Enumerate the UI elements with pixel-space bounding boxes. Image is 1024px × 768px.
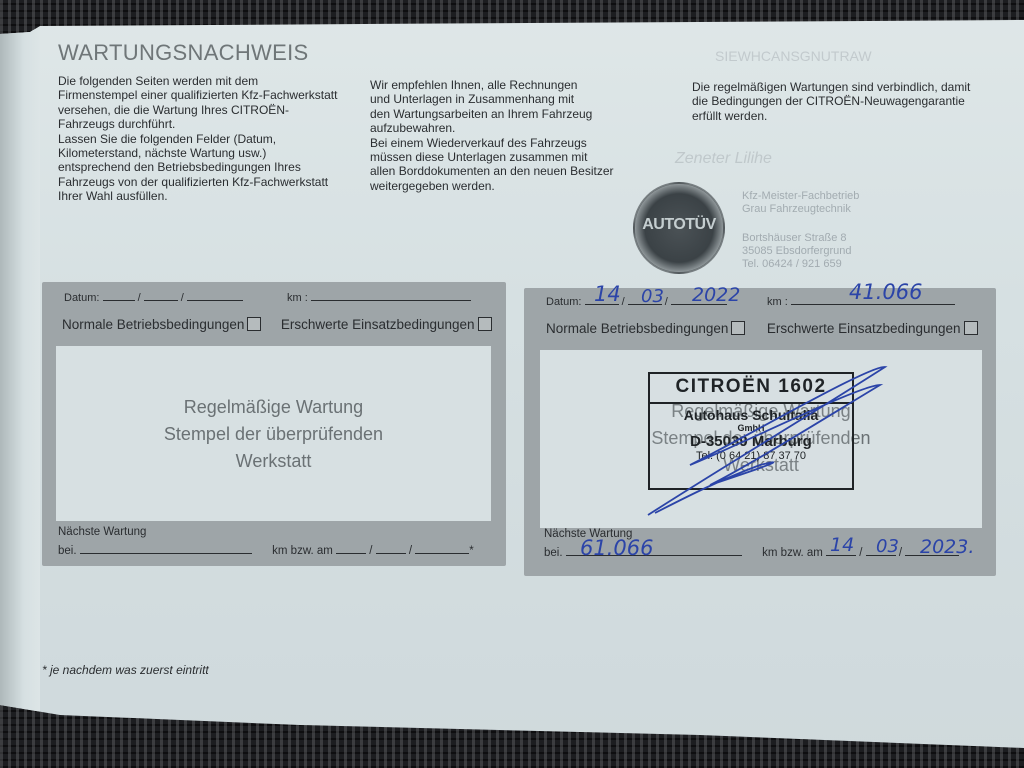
date-label: Datum: bbox=[64, 292, 99, 304]
intro-line: Die regelmäßigen Wartungen sind verbindl… bbox=[692, 80, 970, 94]
separator: / bbox=[409, 545, 412, 557]
severe-conditions-checkbox[interactable] bbox=[478, 317, 492, 331]
next-service-row: bei. km bzw. am / / * bbox=[58, 543, 474, 557]
signature bbox=[630, 355, 900, 525]
service-book-page: SIEWHCANSGNUTRAW Zeneter Lilihe Kfz-Meis… bbox=[0, 0, 1024, 768]
separator: / bbox=[138, 292, 141, 304]
bleed-through-workshop-stamp: Kfz-Meister-Fachbetrieb Grau Fahrzeugtec… bbox=[742, 190, 859, 271]
intro-column-1: Die folgenden Seiten werden mit dem Firm… bbox=[58, 74, 337, 204]
date-day-handwritten[interactable]: 14 bbox=[594, 282, 621, 306]
separator: / bbox=[859, 547, 862, 559]
next-day-handwritten[interactable]: 14 bbox=[830, 534, 854, 556]
next-month-handwritten[interactable]: 03 bbox=[876, 536, 899, 557]
severe-conditions-checkbox[interactable] bbox=[964, 321, 978, 335]
mirrored-line: Tel. 06424 / 921 659 bbox=[742, 258, 859, 271]
mirrored-line: Bortshäuser Straße 8 bbox=[742, 232, 859, 245]
intro-line: Fahrzeugs von der qualifizierten Kfz-Fac… bbox=[58, 175, 337, 189]
normal-conditions-label: Normale Betriebsbedingungen bbox=[62, 317, 244, 332]
next-year-field[interactable] bbox=[415, 543, 469, 554]
separator: / bbox=[899, 547, 902, 559]
km-or-on-label: km bzw. am bbox=[272, 545, 333, 557]
date-year-field[interactable] bbox=[187, 290, 243, 301]
km-label: km : bbox=[287, 292, 308, 304]
next-year-handwritten[interactable]: 2023. bbox=[920, 536, 974, 558]
km-field[interactable] bbox=[311, 290, 471, 301]
date-month-field[interactable] bbox=[144, 290, 178, 301]
intro-line: erfüllt werden. bbox=[692, 109, 970, 123]
next-month-field[interactable] bbox=[376, 543, 406, 554]
next-km-handwritten[interactable]: 61.066 bbox=[580, 536, 653, 560]
book-spine bbox=[0, 30, 40, 720]
intro-line: Kilometerstand, nächste Wartung usw.) bbox=[58, 146, 337, 160]
maintenance-entry-1: Datum: / / km : Normale Betriebsbedingun… bbox=[42, 282, 506, 566]
intro-line: Die folgenden Seiten werden mit dem bbox=[58, 74, 337, 88]
km-or-on-label: km bzw. am bbox=[762, 547, 823, 559]
normal-conditions-label: Normale Betriebsbedingungen bbox=[546, 321, 728, 336]
round-stamp-text: AUTOTÜV bbox=[635, 216, 723, 234]
intro-line: weitergegeben werden. bbox=[370, 179, 614, 193]
intro-line: Firmenstempel einer qualifizierten Kfz-F… bbox=[58, 88, 337, 102]
intro-line: die Bedingungen der CITROËN-Neuwagengara… bbox=[692, 94, 970, 108]
severe-conditions-label: Erschwerte Einsatzbedingungen bbox=[767, 321, 961, 336]
intro-column-3: Die regelmäßigen Wartungen sind verbindl… bbox=[692, 80, 970, 123]
intro-line: Wir empfehlen Ihnen, alle Rechnungen bbox=[370, 78, 614, 92]
intro-line: Lassen Sie die folgenden Felder (Datum, bbox=[58, 132, 337, 146]
date-day-field[interactable] bbox=[103, 290, 135, 301]
date-label: Datum: bbox=[546, 296, 581, 308]
stamp-placeholder: Regelmäßige Wartung Stempel der überprüf… bbox=[56, 394, 491, 475]
separator: / bbox=[622, 296, 625, 308]
separator: / bbox=[665, 296, 668, 308]
date-year-handwritten[interactable]: 2022 bbox=[692, 284, 740, 306]
intro-line: allen Borddokumenten an den neuen Besitz… bbox=[370, 164, 614, 178]
bleed-through-title: SIEWHCANSGNUTRAW bbox=[715, 48, 872, 64]
separator: / bbox=[369, 545, 372, 557]
at-label: bei. bbox=[58, 545, 77, 557]
next-day-field[interactable] bbox=[336, 543, 366, 554]
km-label: km : bbox=[767, 296, 788, 308]
intro-line: Bei einem Wiederverkauf des Fahrzeugs bbox=[370, 136, 614, 150]
intro-line: müssen diese Unterlagen zusammen mit bbox=[370, 150, 614, 164]
normal-conditions-checkbox[interactable] bbox=[731, 321, 745, 335]
conditions-row: Normale Betriebsbedingungen Erschwerte E… bbox=[546, 321, 978, 336]
asterisk: * bbox=[469, 545, 473, 557]
intro-line: entsprechend den Betriebsbedingungen Ihr… bbox=[58, 160, 337, 174]
mirrored-line: Kfz-Meister-Fachbetrieb bbox=[742, 190, 859, 203]
mirrored-line: 35085 Ebsdorfergrund bbox=[742, 245, 859, 258]
bleed-through-handwriting: Zeneter Lilihe bbox=[675, 150, 772, 168]
intro-line: Fahrzeugs durchführt. bbox=[58, 117, 337, 131]
footnote: * je nachdem was zuerst eintritt bbox=[42, 663, 209, 677]
intro-line: versehen, die die Wartung Ihres CITROËN- bbox=[58, 103, 337, 117]
intro-line: den Wartungsarbeiten an Ihrem Fahrzeug bbox=[370, 107, 614, 121]
intro-line: Ihrer Wahl ausfüllen. bbox=[58, 189, 337, 203]
next-km-field[interactable] bbox=[80, 543, 252, 554]
severe-conditions-label: Erschwerte Einsatzbedingungen bbox=[281, 317, 475, 332]
stamp-placeholder-line: Werkstatt bbox=[56, 448, 491, 475]
stamp-placeholder-line: Regelmäßige Wartung bbox=[56, 394, 491, 421]
page-title: WARTUNGSNACHWEIS bbox=[58, 40, 308, 66]
conditions-row: Normale Betriebsbedingungen Erschwerte E… bbox=[62, 317, 492, 332]
next-service-label: Nächste Wartung bbox=[58, 526, 146, 538]
intro-line: und Unterlagen in Zusammenhang mit bbox=[370, 92, 614, 106]
round-workshop-stamp: AUTOTÜV bbox=[633, 182, 725, 274]
stamp-placeholder-line: Stempel der überprüfenden bbox=[56, 421, 491, 448]
intro-line: aufzubewahren. bbox=[370, 121, 614, 135]
km-handwritten[interactable]: 41.066 bbox=[849, 280, 922, 304]
stamp-area: Regelmäßige Wartung Stempel der überprüf… bbox=[56, 346, 491, 521]
mirrored-line: Grau Fahrzeugtechnik bbox=[742, 203, 859, 216]
date-month-handwritten[interactable]: 03 bbox=[641, 286, 664, 307]
at-label: bei. bbox=[544, 547, 563, 559]
date-row: Datum: / / km : bbox=[64, 290, 471, 304]
intro-column-2: Wir empfehlen Ihnen, alle Rechnungen und… bbox=[370, 78, 614, 193]
separator: / bbox=[181, 292, 184, 304]
normal-conditions-checkbox[interactable] bbox=[247, 317, 261, 331]
